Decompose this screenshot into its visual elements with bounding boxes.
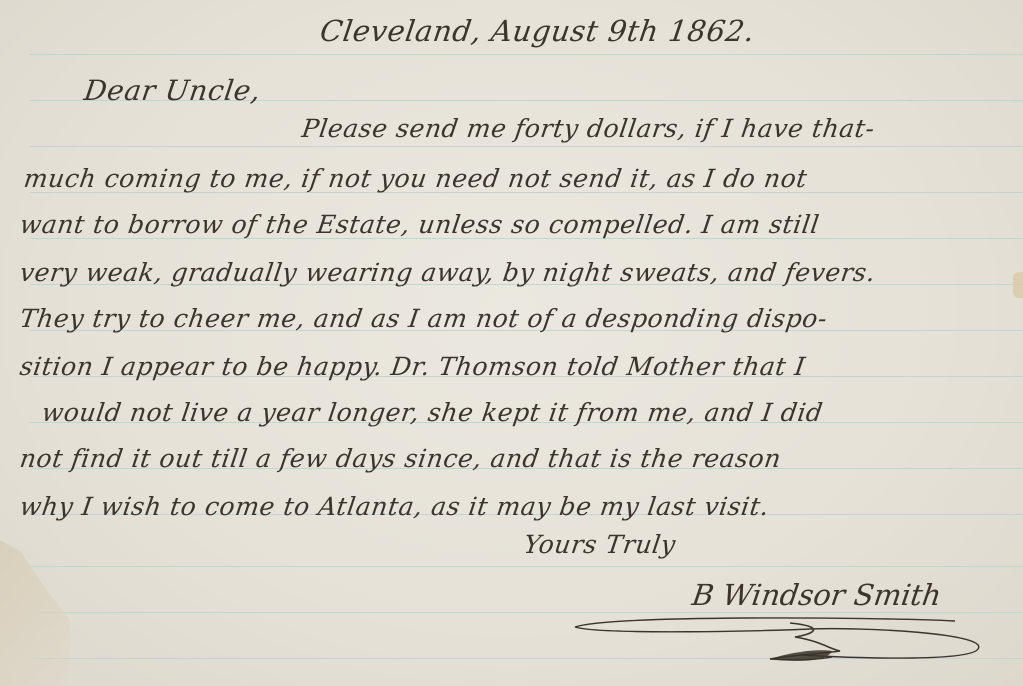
body-line: would not live a year longer, she kept i… <box>40 398 825 427</box>
paper-smudge <box>1013 272 1023 298</box>
body-line: want to borrow of the Estate, unless so … <box>18 210 821 239</box>
body-line: very weak, gradually wearing away, by ni… <box>18 258 878 287</box>
letter-page: Cleveland, August 9th 1862. Dear Uncle, … <box>0 0 1023 686</box>
paper-stain <box>0 540 70 686</box>
body-line: much coming to me, if not you need not s… <box>22 164 809 193</box>
ruled-line <box>30 566 1023 567</box>
signature-flourish <box>570 615 990 670</box>
body-line: Please send me forty dollars, if I have … <box>300 114 877 143</box>
ruled-line <box>30 612 1023 613</box>
body-line: why I wish to come to Atlanta, as it may… <box>18 492 771 521</box>
body-line: sition I appear to be happy. Dr. Thomson… <box>18 352 807 381</box>
body-line: not find it out till a few days since, a… <box>18 444 783 473</box>
signature: B Windsor Smith <box>690 578 944 612</box>
dateline: Cleveland, August 9th 1862. <box>318 14 757 48</box>
ruled-line <box>30 54 1023 55</box>
body-line: They try to cheer me, and as I am not of… <box>18 304 829 333</box>
closing: Yours Truly <box>522 530 678 559</box>
ruled-line <box>30 146 1023 147</box>
salutation: Dear Uncle, <box>82 74 263 107</box>
